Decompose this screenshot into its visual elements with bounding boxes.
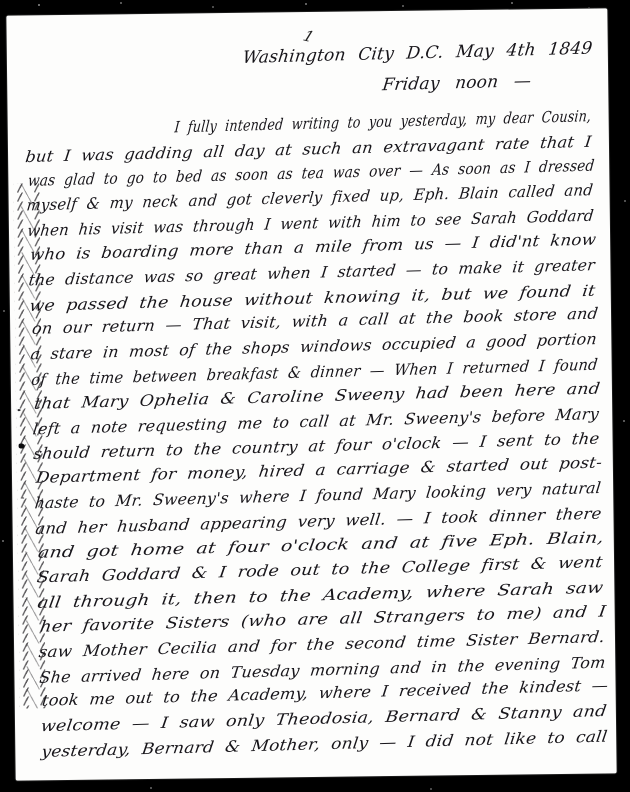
dateline: Washington City D.C. May 4th 1849 xyxy=(7,39,592,75)
letter-body: I fully intended writing to you yesterda… xyxy=(24,104,614,764)
letter-head: Washington City D.C. May 4th 1849 Friday… xyxy=(7,39,593,106)
ink-blot xyxy=(19,444,25,449)
scan-dust-specks xyxy=(0,0,2,2)
manuscript-page: 1 Washington City D.C. May 4th 1849 Frid… xyxy=(6,8,616,780)
day-line: Friday noon — xyxy=(8,70,593,106)
dateline-text: Washington City D.C. May 4th 1849 xyxy=(242,38,594,68)
page-number-mark: 1 xyxy=(301,27,317,46)
day-line-text: Friday noon — xyxy=(382,71,533,95)
